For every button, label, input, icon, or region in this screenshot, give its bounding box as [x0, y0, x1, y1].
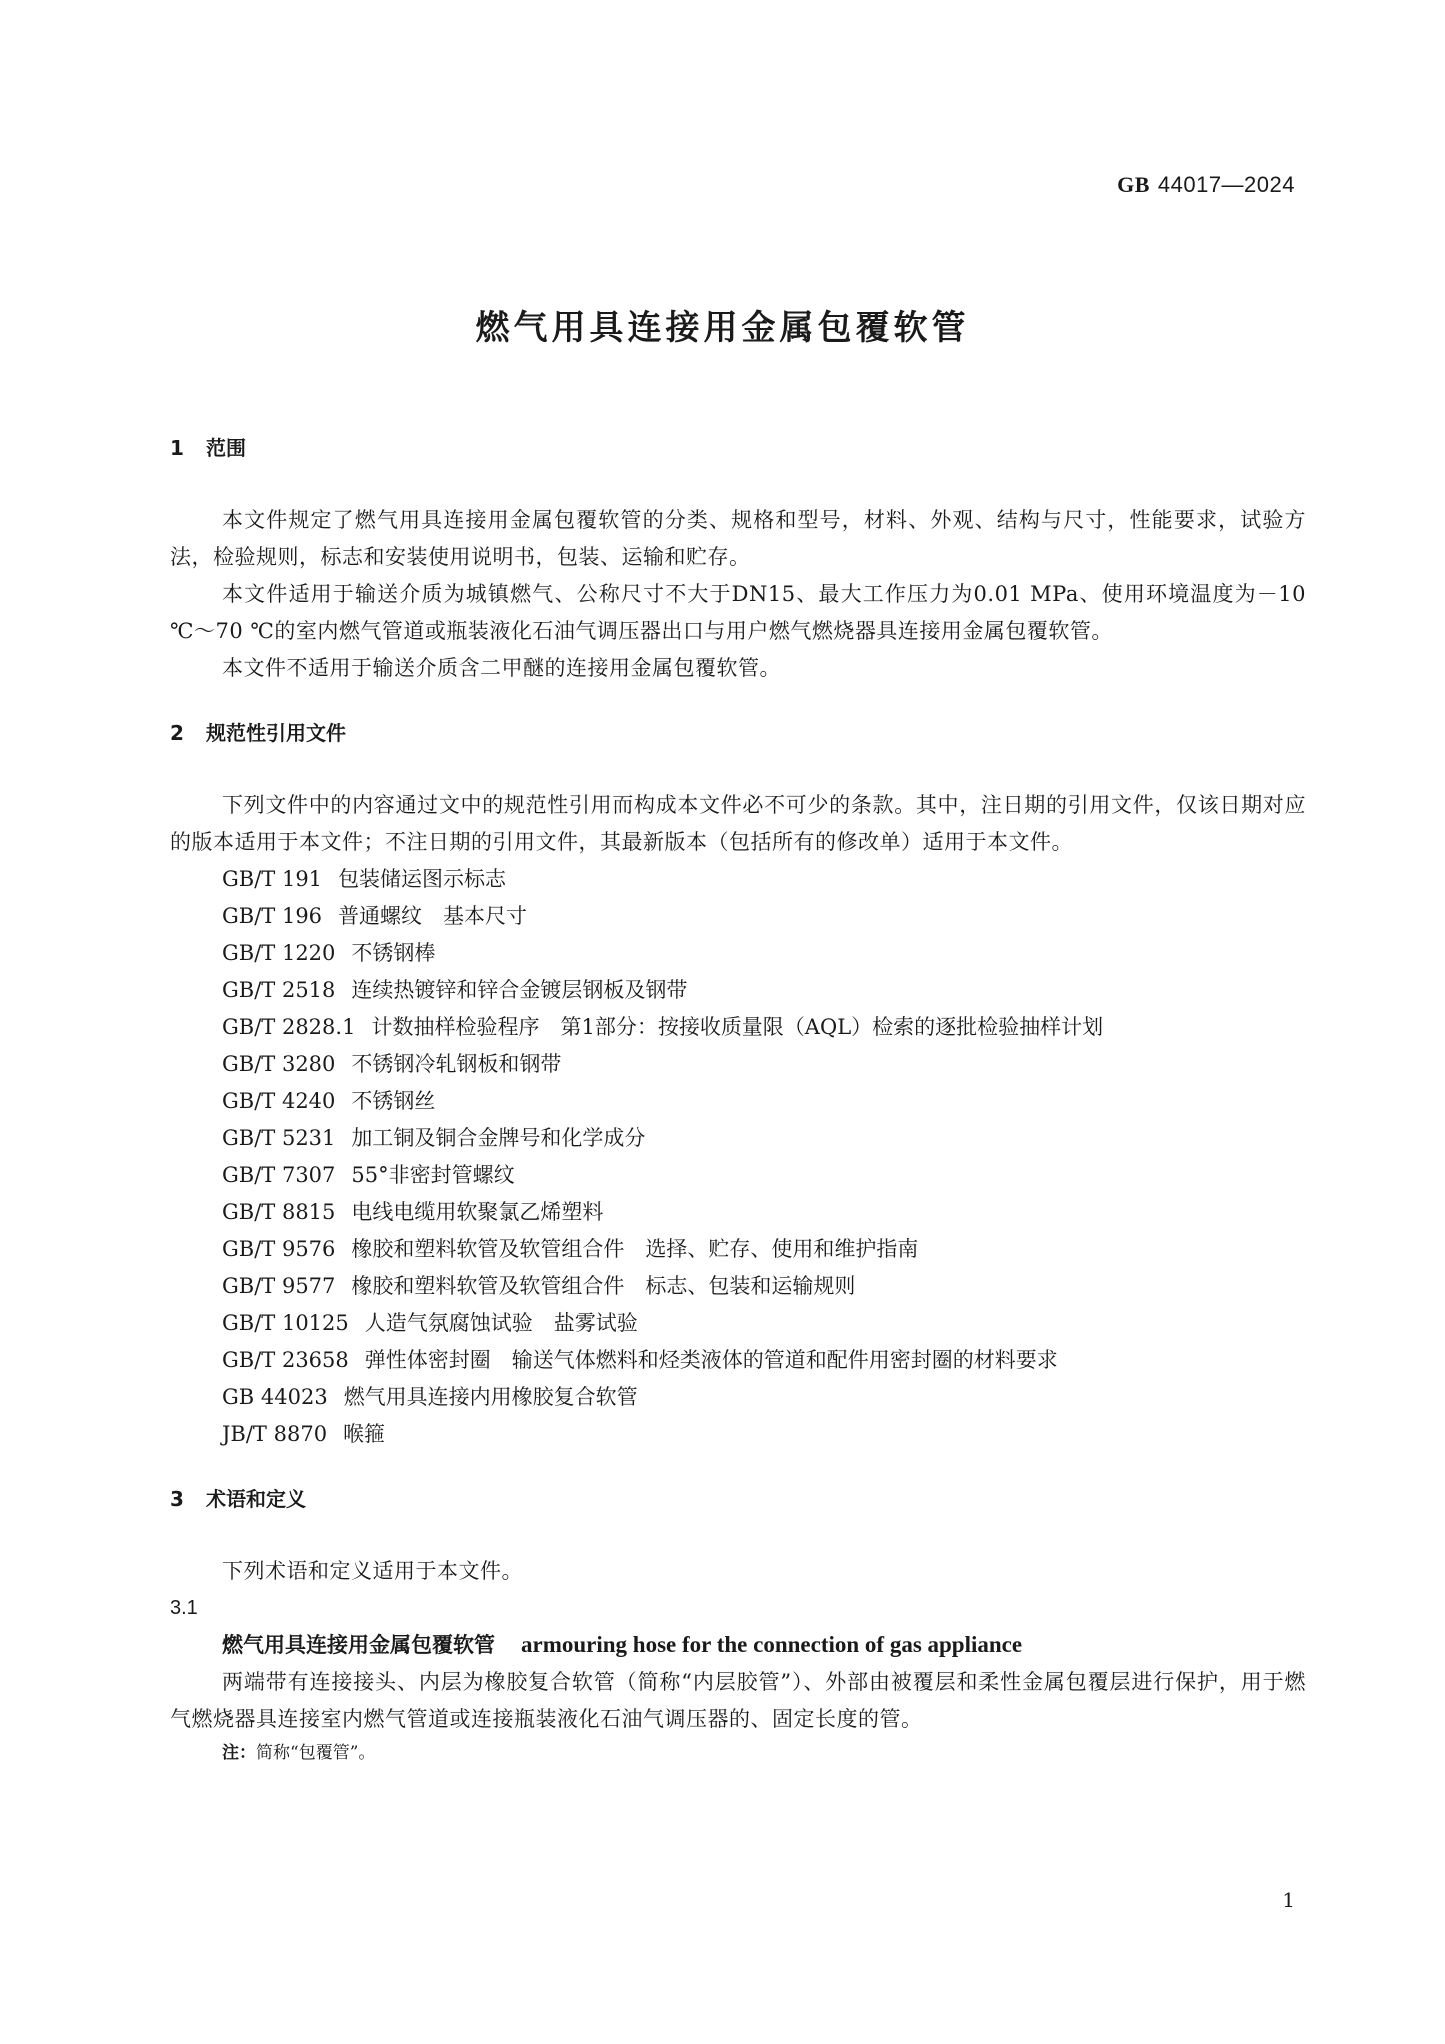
- section-heading-normative-references: 2规范性引用文件: [170, 715, 1306, 751]
- reference-title: 橡胶和塑料软管及软管组合件 标志、包装和运输规则: [351, 1274, 855, 1298]
- reference-code: GB/T 10125: [222, 1311, 349, 1335]
- paragraph: 下列术语和定义适用于本文件。: [170, 1553, 1306, 1590]
- reference-title: 电线电缆用软聚氯乙烯塑料: [351, 1200, 603, 1224]
- section-heading-terms-definitions: 3术语和定义: [170, 1481, 1306, 1517]
- page-number: 1: [1282, 1888, 1295, 1912]
- reference-title: 55°非密封管螺纹: [351, 1163, 514, 1187]
- paragraph: 下列文件中的内容通过文中的规范性引用而构成本文件必不可少的条款。其中，注日期的引…: [170, 787, 1306, 861]
- paragraph: 本文件适用于输送介质为城镇燃气、公称尺寸不大于DN15、最大工作压力为0.01 …: [170, 576, 1306, 650]
- reference-item: GB/T 2518连续热镀锌和锌合金镀层钢板及钢带: [222, 972, 1306, 1009]
- section-title: 术语和定义: [206, 1487, 306, 1511]
- section-number: 2: [170, 715, 206, 751]
- reference-item: GB/T 730755°非密封管螺纹: [222, 1157, 1306, 1194]
- reference-item: GB/T 9577橡胶和塑料软管及软管组合件 标志、包装和运输规则: [222, 1268, 1306, 1305]
- section-number: 1: [170, 430, 206, 466]
- reference-title: 燃气用具连接内用橡胶复合软管: [344, 1385, 638, 1409]
- reference-item: GB/T 5231加工铜及铜合金牌号和化学成分: [222, 1120, 1306, 1157]
- term-note: 注：简称“包覆管”。: [222, 1738, 1306, 1768]
- standard-code: GB44017—2024: [1117, 172, 1295, 198]
- reference-code: GB/T 9577: [222, 1274, 335, 1298]
- term-definition: 两端带有连接接头、内层为橡胶复合软管（简称“内层胶管”）、外部由被覆层和柔性金属…: [170, 1664, 1306, 1738]
- reference-item: GB/T 10125人造气氛腐蚀试验 盐雾试验: [222, 1305, 1306, 1342]
- reference-code: GB/T 1220: [222, 941, 335, 965]
- reference-item: GB/T 8815电线电缆用软聚氯乙烯塑料: [222, 1194, 1306, 1231]
- reference-code: GB/T 7307: [222, 1163, 335, 1187]
- reference-title: 不锈钢棒: [351, 941, 435, 965]
- reference-title: 不锈钢冷轧钢板和钢带: [351, 1052, 561, 1076]
- reference-code: GB/T 3280: [222, 1052, 335, 1076]
- standard-number: 44017—2024: [1158, 172, 1295, 197]
- document-title: 燃气用具连接用金属包覆软管: [0, 300, 1445, 349]
- reference-item: GB/T 4240不锈钢丝: [222, 1083, 1306, 1120]
- reference-title: 不锈钢丝: [351, 1089, 435, 1113]
- section-number: 3: [170, 1481, 206, 1517]
- reference-item: GB/T 9576橡胶和塑料软管及软管组合件 选择、贮存、使用和维护指南: [222, 1231, 1306, 1268]
- reference-item: GB/T 3280不锈钢冷轧钢板和钢带: [222, 1046, 1306, 1083]
- reference-title: 人造气氛腐蚀试验 盐雾试验: [365, 1311, 638, 1335]
- reference-code: GB 44023: [222, 1385, 328, 1409]
- reference-item: GB 44023燃气用具连接内用橡胶复合软管: [222, 1379, 1306, 1416]
- paragraph: 本文件不适用于输送介质含二甲醚的连接用金属包覆软管。: [170, 650, 1306, 687]
- reference-item: GB/T 2828.1计数抽样检验程序 第1部分：按接收质量限（AQL）检索的逐…: [222, 1009, 1306, 1046]
- reference-title: 橡胶和塑料软管及软管组合件 选择、贮存、使用和维护指南: [351, 1237, 918, 1261]
- reference-title: 弹性体密封圈 输送气体燃料和烃类液体的管道和配件用密封圈的材料要求: [365, 1348, 1058, 1372]
- reference-title: 喉箍: [343, 1422, 385, 1446]
- reference-list: GB/T 191包装储运图示标志GB/T 196普通螺纹 基本尺寸GB/T 12…: [222, 861, 1306, 1453]
- section-heading-scope: 1范围: [170, 430, 1306, 466]
- term-number: 3.1: [170, 1590, 1306, 1626]
- reference-item: JB/T 8870喉箍: [222, 1416, 1306, 1453]
- reference-item: GB/T 191包装储运图示标志: [222, 861, 1306, 898]
- note-label: 注：: [222, 1743, 256, 1763]
- document-body: 1范围 本文件规定了燃气用具连接用金属包覆软管的分类、规格和型号，材料、外观、结…: [170, 430, 1306, 1768]
- reference-code: GB/T 191: [222, 867, 322, 891]
- reference-code: GB/T 2518: [222, 978, 335, 1002]
- reference-item: GB/T 1220不锈钢棒: [222, 935, 1306, 972]
- standard-prefix: GB: [1117, 172, 1150, 197]
- reference-code: GB/T 8815: [222, 1200, 335, 1224]
- term-chinese: 燃气用具连接用金属包覆软管: [222, 1633, 495, 1657]
- reference-code: GB/T 5231: [222, 1126, 335, 1150]
- reference-title: 包装储运图示标志: [338, 867, 506, 891]
- reference-title: 连续热镀锌和锌合金镀层钢板及钢带: [351, 978, 687, 1002]
- term-heading: 燃气用具连接用金属包覆软管armouring hose for the conn…: [222, 1626, 1306, 1664]
- reference-code: GB/T 9576: [222, 1237, 335, 1261]
- reference-code: JB/T 8870: [222, 1422, 327, 1446]
- reference-title: 普通螺纹 基本尺寸: [338, 904, 527, 928]
- section-title: 范围: [206, 436, 246, 460]
- reference-code: GB/T 23658: [222, 1348, 349, 1372]
- note-text: 简称“包覆管”。: [256, 1743, 375, 1763]
- reference-item: GB/T 23658弹性体密封圈 输送气体燃料和烃类液体的管道和配件用密封圈的材…: [222, 1342, 1306, 1379]
- term-english: armouring hose for the connection of gas…: [521, 1632, 1022, 1657]
- reference-code: GB/T 196: [222, 904, 322, 928]
- paragraph: 本文件规定了燃气用具连接用金属包覆软管的分类、规格和型号，材料、外观、结构与尺寸…: [170, 502, 1306, 576]
- reference-code: GB/T 4240: [222, 1089, 335, 1113]
- section-title: 规范性引用文件: [206, 721, 346, 745]
- reference-code: GB/T 2828.1: [222, 1015, 355, 1039]
- reference-item: GB/T 196普通螺纹 基本尺寸: [222, 898, 1306, 935]
- reference-title: 计数抽样检验程序 第1部分：按接收质量限（AQL）检索的逐批检验抽样计划: [371, 1015, 1103, 1039]
- reference-title: 加工铜及铜合金牌号和化学成分: [351, 1126, 645, 1150]
